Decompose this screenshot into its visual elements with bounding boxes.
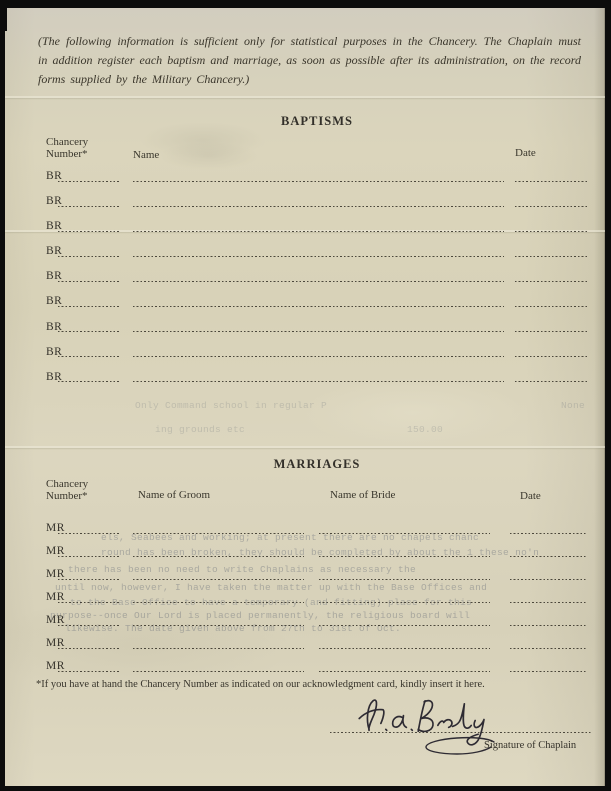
chancery-number-line (58, 205, 120, 207)
name-line (133, 205, 504, 207)
date-line (510, 578, 586, 580)
groom-line (133, 578, 304, 580)
marriage-row: MR (46, 589, 592, 612)
bride-line (319, 578, 490, 580)
chancery-header-line2: Number* (46, 149, 88, 161)
baptism-row: BR (46, 193, 592, 218)
marriage-row: MR (46, 520, 592, 543)
date-line (515, 280, 588, 282)
baptism-row: BR (46, 293, 592, 318)
date-line (510, 624, 586, 626)
chancery-number-line (58, 331, 120, 333)
chancery-number-line (58, 532, 120, 534)
chancery-number-line (58, 230, 120, 232)
chancery-header-line1: Chancery (46, 137, 88, 149)
baptism-row: BR (46, 168, 592, 193)
baptism-row: BR (46, 319, 592, 344)
groom-line (133, 601, 304, 603)
baptism-row: BR (46, 344, 592, 369)
column-header-date: Date (520, 491, 541, 503)
marriages-title: MARRIAGES (5, 457, 605, 472)
scanned-page: (The following information is sufficient… (0, 0, 611, 791)
date-line (515, 331, 588, 333)
bride-line (319, 624, 490, 626)
date-line (515, 356, 588, 358)
chancery-number-line (58, 356, 120, 358)
name-line (133, 331, 504, 333)
bride-line (319, 670, 490, 672)
marriage-row: MR (46, 658, 592, 681)
groom-line (133, 624, 304, 626)
date-line (510, 555, 586, 557)
column-header-chancery-number: Chancery Number* (46, 137, 88, 160)
groom-line (133, 555, 304, 557)
bride-line (319, 601, 490, 603)
column-header-date: Date (515, 148, 536, 160)
marriage-row: MR (46, 543, 592, 566)
groom-line (133, 647, 304, 649)
name-line (133, 305, 504, 307)
chancery-number-line (58, 601, 120, 603)
marriage-row: MR (46, 612, 592, 635)
bleed-through-text: ing grounds etc (155, 424, 245, 435)
name-line (133, 356, 504, 358)
date-line (510, 647, 586, 649)
signature-label: Signature of Chaplain (484, 740, 576, 751)
baptisms-title: BAPTISMS (5, 114, 605, 129)
bleed-through-text: 150.00 (407, 424, 443, 435)
marriage-row: MR (46, 566, 592, 589)
chancery-header-line2: Number* (46, 491, 88, 503)
date-line (515, 381, 588, 383)
name-line (133, 255, 504, 257)
marriage-rows: MR MR MR (46, 520, 592, 681)
date-line (515, 230, 588, 232)
chancery-number-line (58, 647, 120, 649)
column-header-name: Name (133, 150, 159, 162)
baptism-row: BR (46, 243, 592, 268)
footnote: *If you have at hand the Chancery Number… (36, 679, 485, 690)
baptism-row: BR (46, 369, 592, 394)
chancery-number-line (58, 381, 120, 383)
groom-line (133, 532, 304, 534)
chancery-number-line (58, 180, 120, 182)
groom-line (133, 670, 304, 672)
chancery-number-line (58, 578, 120, 580)
crease-line (5, 446, 605, 448)
name-line (133, 230, 504, 232)
scan-border-corner (0, 0, 7, 31)
column-header-chancery-number: Chancery Number* (46, 479, 88, 502)
bleed-through-text: None (561, 400, 585, 411)
bride-line (319, 532, 490, 534)
chancery-number-line (58, 670, 120, 672)
name-line (133, 381, 504, 383)
chancery-number-line (58, 624, 120, 626)
chancery-number-line (58, 305, 120, 307)
paper: (The following information is sufficient… (5, 8, 605, 786)
column-header-bride: Name of Bride (330, 490, 395, 502)
date-line (510, 532, 586, 534)
chancery-number-line (58, 555, 120, 557)
chancery-header-line1: Chancery (46, 479, 88, 491)
chancery-number-line (58, 280, 120, 282)
chancery-number-line (58, 255, 120, 257)
bride-line (319, 555, 490, 557)
date-line (515, 305, 588, 307)
baptism-rows: BR BR BR (46, 168, 592, 394)
baptism-row: BR (46, 218, 592, 243)
bride-line (319, 647, 490, 649)
marriage-row: MR (46, 635, 592, 658)
intro-paragraph: (The following information is sufficient… (38, 32, 581, 89)
column-header-groom: Name of Groom (138, 490, 210, 502)
bleed-through-text: Only Command school in regular P (135, 400, 327, 411)
date-line (510, 601, 586, 603)
name-line (133, 180, 504, 182)
date-line (515, 205, 588, 207)
date-line (515, 180, 588, 182)
date-line (515, 255, 588, 257)
baptism-row: BR (46, 268, 592, 293)
crease-line (5, 96, 605, 98)
date-line (510, 670, 586, 672)
name-line (133, 280, 504, 282)
